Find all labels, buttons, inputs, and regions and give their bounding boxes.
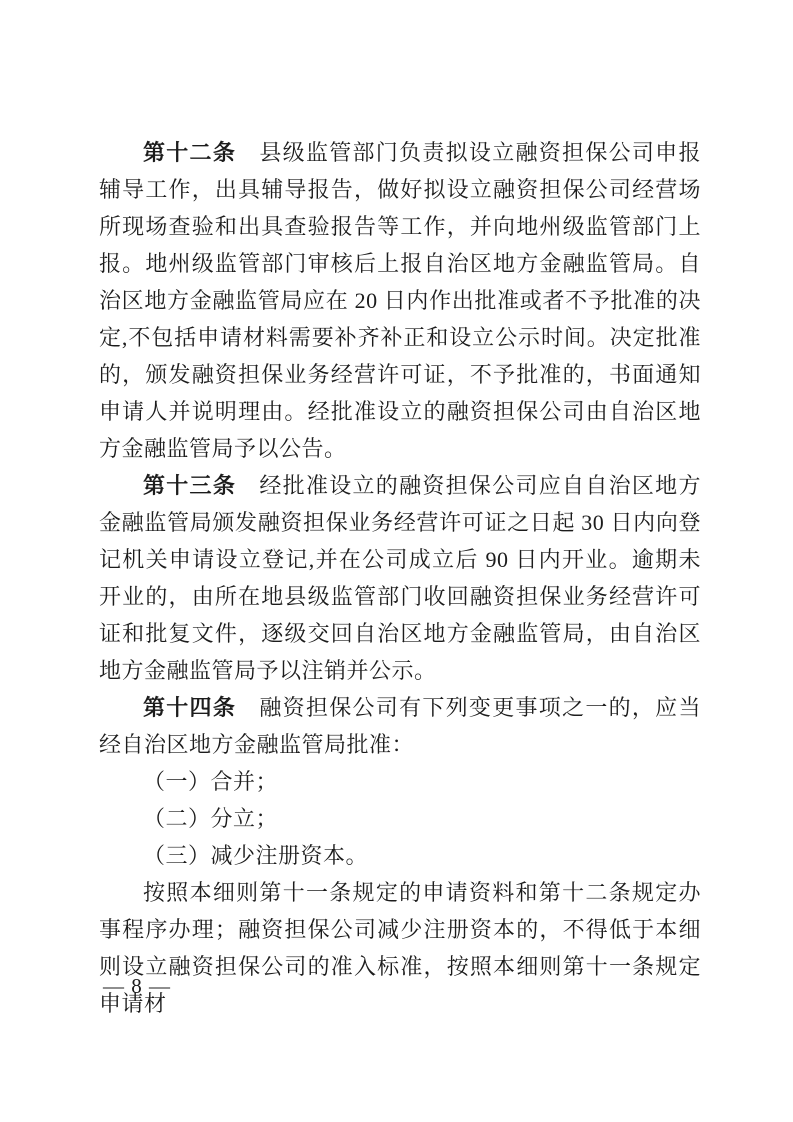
article-13-text: 经批准设立的融资担保公司应自自治区地方金融监管局颁发融资担保业务经营许可证之日起… [99,473,701,683]
list-item-2-text: （二）分立； [143,806,278,831]
list-item-3: （三）减少注册资本。 [99,837,701,874]
list-item-2: （二）分立； [99,800,701,837]
article-12-heading: 第十二条 [143,140,259,165]
article-14-paragraph: 第十四条融资担保公司有下列变更事项之一的，应当经自治区地方金融监管局批准： [99,689,701,763]
article-14-heading: 第十四条 [143,695,259,720]
article-12-paragraph: 第十二条县级监管部门负责拟设立融资担保公司申报辅导工作，出具辅导报告，做好拟设立… [99,134,701,467]
closing-paragraph: 按照本细则第十一条规定的申请资料和第十二条规定办事程序办理；融资担保公司减少注册… [99,874,701,1022]
article-13-paragraph: 第十三条经批准设立的融资担保公司应自自治区地方金融监管局颁发融资担保业务经营许可… [99,467,701,689]
article-12-text: 县级监管部门负责拟设立融资担保公司申报辅导工作，出具辅导报告，做好拟设立融资担保… [99,140,701,461]
document-page: 第十二条县级监管部门负责拟设立融资担保公司申报辅导工作，出具辅导报告，做好拟设立… [0,0,793,1122]
page-number: — 8 — [103,972,171,1000]
list-item-1: （一）合并； [99,763,701,800]
document-body: 第十二条县级监管部门负责拟设立融资担保公司申报辅导工作，出具辅导报告，做好拟设立… [99,134,701,1022]
article-13-heading: 第十三条 [143,473,259,498]
list-item-3-text: （三）减少注册资本。 [143,843,368,868]
list-item-1-text: （一）合并； [143,769,278,794]
closing-paragraph-text: 按照本细则第十一条规定的申请资料和第十二条规定办事程序办理；融资担保公司减少注册… [99,880,701,1016]
